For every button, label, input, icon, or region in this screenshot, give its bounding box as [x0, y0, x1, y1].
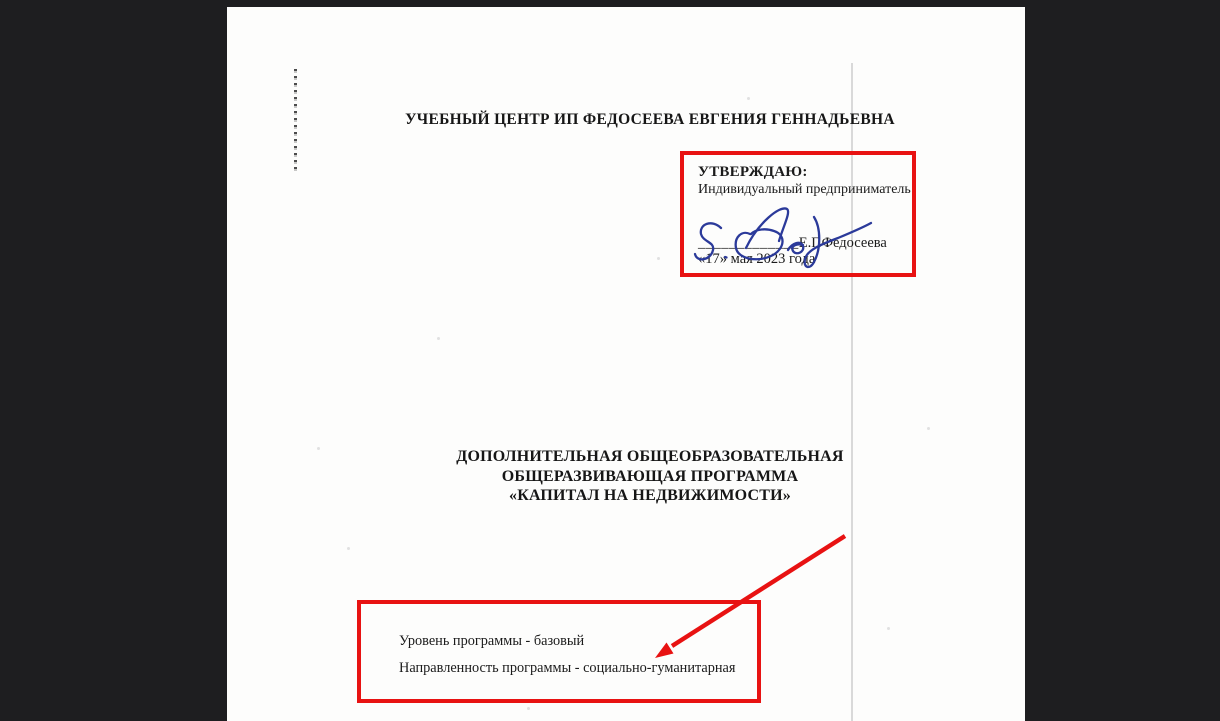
viewer-background: УЧЕБНЫЙ ЦЕНТР ИП ФЕДОСЕЕВА ЕВГЕНИЯ ГЕННА… [0, 0, 1220, 721]
signature-line: _____________Е.Г.Федосеева [698, 235, 912, 252]
program-orientation-line: Направленность программы - социально-гум… [399, 660, 757, 677]
signature-underline: _____________ [698, 235, 799, 251]
signer-name: Е.Г.Федосеева [799, 235, 887, 251]
program-title-line3: «КАПИТАЛ НА НЕДВИЖИМОСТИ» [275, 486, 1025, 506]
paper-speck [437, 337, 440, 340]
program-title-line2: ОБЩЕРАЗВИВАЮЩАЯ ПРОГРАММА [275, 467, 1025, 487]
approve-role: Индивидуальный предприниматель [698, 182, 912, 198]
paper-speck [347, 547, 350, 550]
approve-label: УТВЕРЖДАЮ: [698, 164, 912, 181]
paper-speck [527, 707, 530, 710]
paper-speck [927, 427, 930, 430]
program-title: ДОПОЛНИТЕЛЬНАЯ ОБЩЕОБРАЗОВАТЕЛЬНАЯ ОБЩЕР… [227, 447, 1025, 506]
paper-speck [747, 97, 750, 100]
document-header-title: УЧЕБНЫЙ ЦЕНТР ИП ФЕДОСЕЕВА ЕВГЕНИЯ ГЕННА… [227, 111, 1025, 129]
document-page: УЧЕБНЫЙ ЦЕНТР ИП ФЕДОСЕЕВА ЕВГЕНИЯ ГЕННА… [227, 7, 1025, 721]
program-title-line1: ДОПОЛНИТЕЛЬНАЯ ОБЩЕОБРАЗОВАТЕЛЬНАЯ [275, 447, 1025, 467]
approval-highlight-box: УТВЕРЖДАЮ: Индивидуальный предпринимател… [680, 151, 916, 277]
paper-speck [887, 627, 890, 630]
program-info-highlight-box: Уровень программы - базовый Направленнос… [357, 600, 761, 703]
program-level-line: Уровень программы - базовый [399, 633, 757, 650]
approval-date: «17» мая 2023 года [698, 251, 912, 268]
paper-speck [657, 257, 660, 260]
